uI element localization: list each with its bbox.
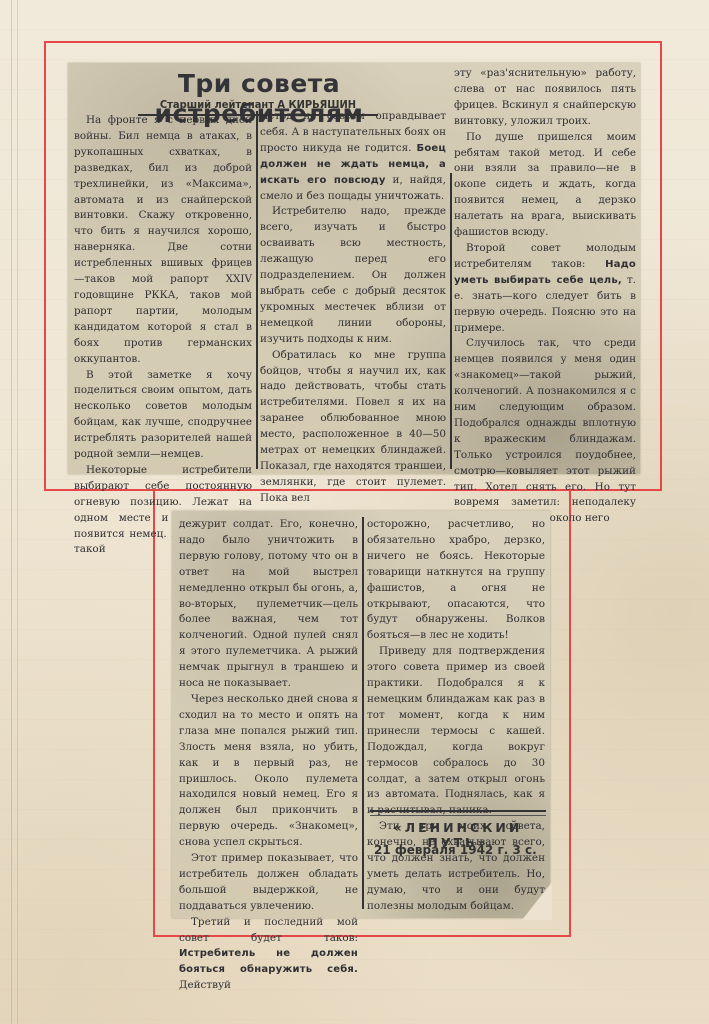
- column-divider: [450, 173, 452, 469]
- paragraph: Приведу для подтверждения этого совета п…: [367, 644, 545, 819]
- paragraph: Обратилась ко мне группа бойцов, чтобы я…: [260, 348, 446, 507]
- bold-advice: Истребитель не должен бояться обнаружить…: [179, 948, 358, 975]
- source-divider: [370, 810, 546, 816]
- column-divider: [256, 111, 258, 469]
- paragraph: Второй совет молодым истребителям таков:…: [454, 241, 636, 336]
- paragraph: эту «раз'яснительную» работу, слева от н…: [454, 66, 636, 130]
- article-column-4: дежурит солдат. Его, конечно, надо было …: [179, 517, 358, 994]
- page-margin-line: [17, 0, 18, 1024]
- article-column-2: метод не совсем оправдывает себя. А в на…: [260, 109, 446, 507]
- paragraph: Через несколько дней снова я сходил на т…: [179, 692, 358, 851]
- paragraph: В этой заметке я хочу поделиться своим о…: [74, 368, 252, 463]
- newspaper-clipping-bottom: дежурит солдат. Его, конечно, надо было …: [172, 511, 550, 918]
- publication-date: 21 февраля 1942 г. 3 с.: [368, 843, 554, 857]
- page-margin-line: [11, 0, 12, 1024]
- article-column-3: эту «раз'яснительную» работу, слева от н…: [454, 66, 636, 527]
- paragraph: Истребителю надо, прежде всего, изучать …: [260, 204, 446, 347]
- paragraph: Этот пример показывает, что истребитель …: [179, 851, 358, 915]
- paragraph: На фронте я с первых дней войны. Бил нем…: [74, 113, 252, 368]
- column-divider: [362, 517, 364, 909]
- paragraph: Случилось так, что среди немцев появился…: [454, 336, 636, 527]
- article-column-1: На фронте я с первых дней войны. Бил нем…: [74, 113, 252, 558]
- paragraph: осторожно, расчетливо, но обязательно хр…: [367, 517, 545, 644]
- paragraph: По душе пришелся моим ребятам такой мето…: [454, 130, 636, 241]
- paragraph: метод не совсем оправдывает себя. А в на…: [260, 109, 446, 204]
- paragraph: дежурит солдат. Его, конечно, надо было …: [179, 517, 358, 692]
- paragraph: Третий и последний мой совет будет таков…: [179, 915, 358, 995]
- newspaper-clipping-top: Три совета истребителям Старший лейтенан…: [68, 63, 640, 474]
